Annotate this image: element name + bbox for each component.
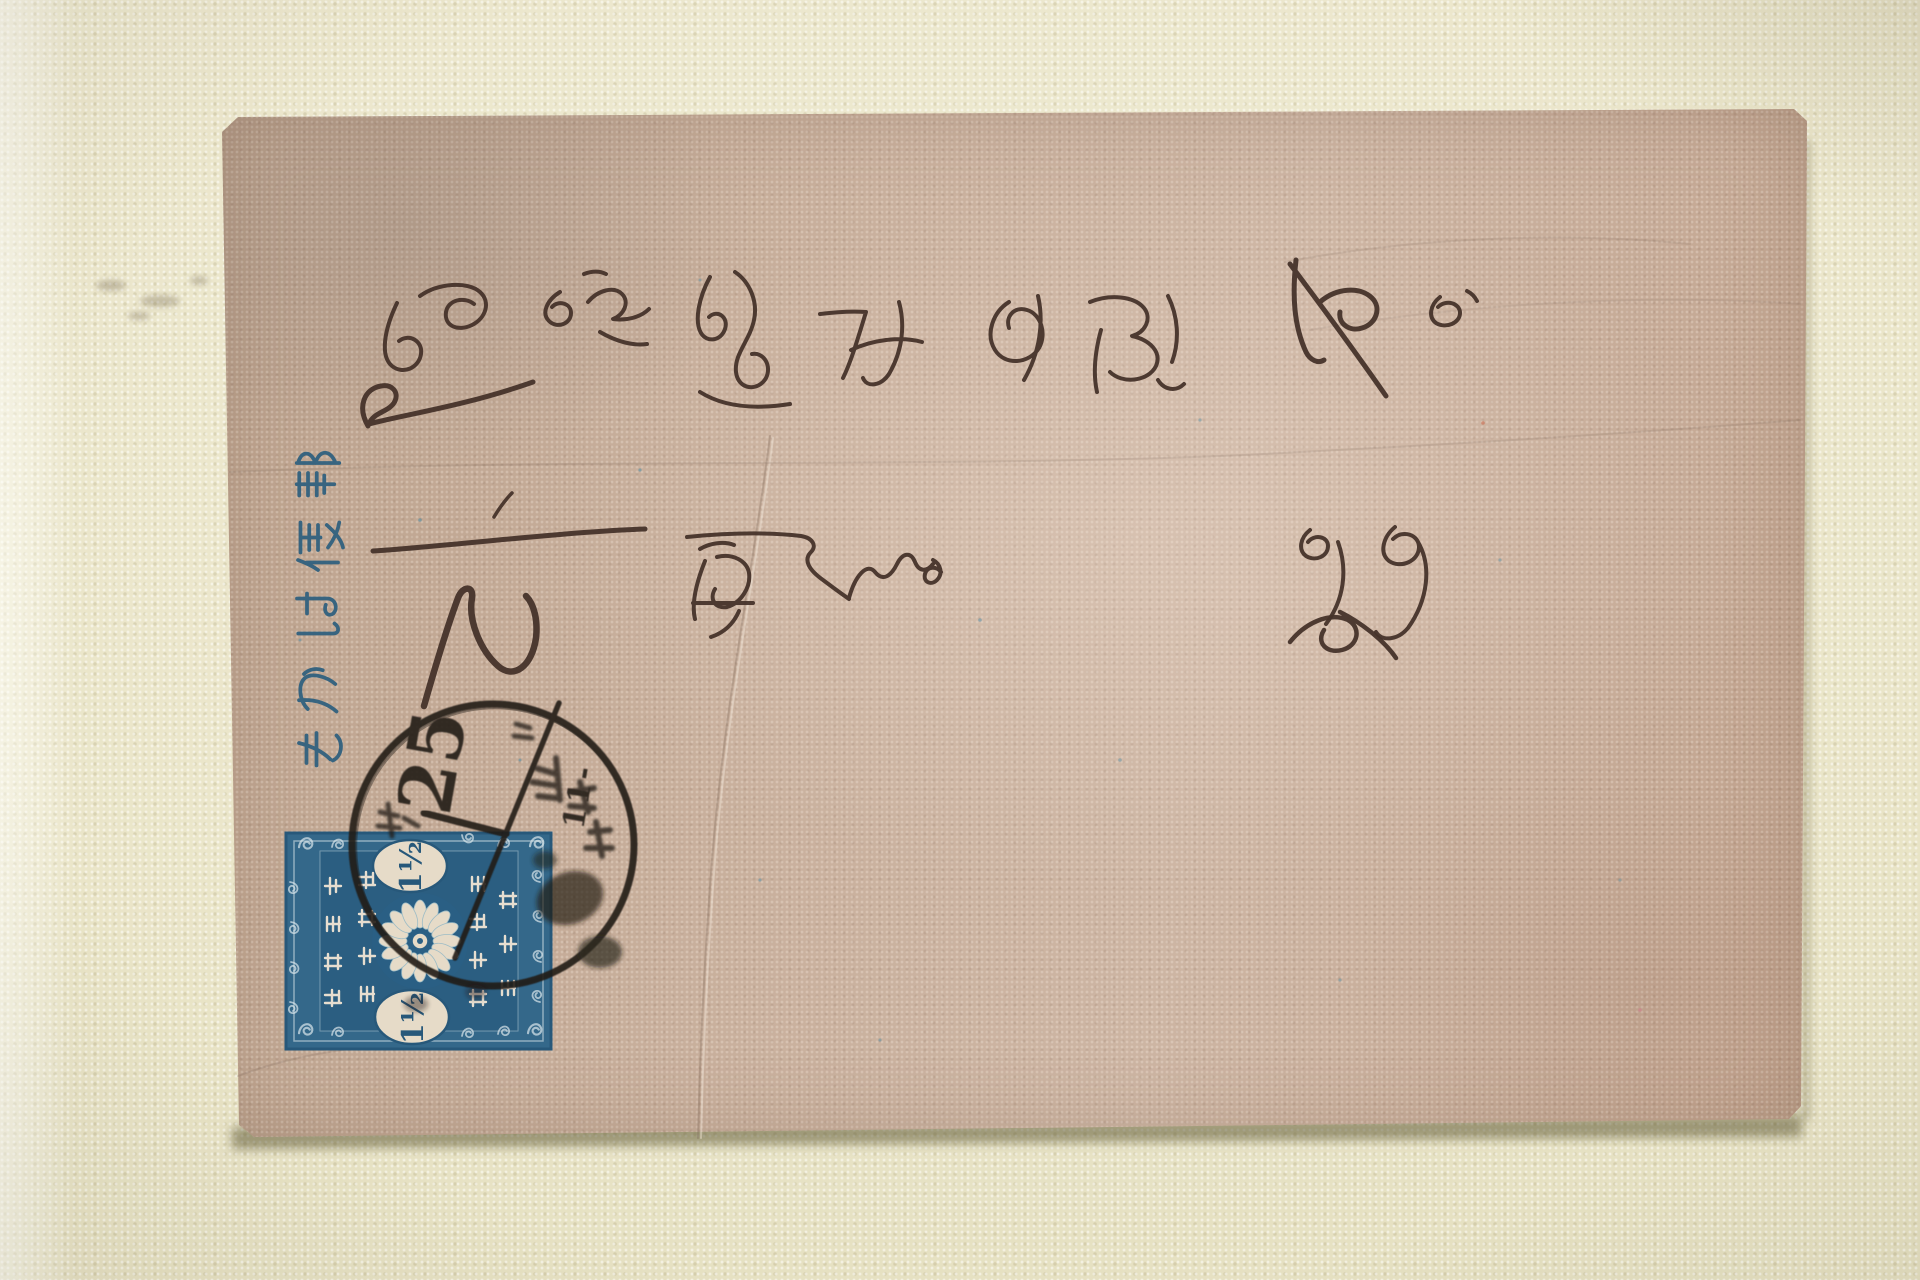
postcard-markings-layer: 1½ 1½	[0, 0, 1920, 1280]
handwriting-stroke	[363, 382, 533, 426]
handwriting-stroke	[545, 272, 649, 345]
handwriting-stroke	[1090, 296, 1184, 392]
denomination-text: 1½	[394, 841, 429, 893]
handwriting-stroke	[373, 529, 645, 551]
handwriting-stroke	[693, 543, 753, 637]
handwriting-stroke	[991, 296, 1043, 380]
handwriting-stroke	[1431, 291, 1477, 325]
printed-glyph	[297, 594, 338, 634]
handwriting-stroke	[385, 285, 486, 370]
handwriting-stroke	[1290, 260, 1386, 396]
photo-of-postcard: 1½ 1½	[0, 0, 1920, 1280]
postmark-day-number: 25	[382, 704, 485, 820]
printed-glyph	[299, 733, 341, 766]
handwriting-stroke	[698, 272, 790, 407]
handwriting-stroke	[494, 493, 512, 517]
stamp: 1½ 1½	[286, 833, 551, 1049]
printed-glyph	[299, 669, 337, 712]
denomination-oval-top: 1½	[373, 840, 447, 893]
handwriting-stroke	[820, 302, 922, 384]
handwriting-layer	[363, 260, 1477, 706]
printed-glyph	[297, 453, 340, 496]
printed-glyph	[298, 523, 343, 571]
printed-hagaki-text	[297, 453, 343, 766]
handwriting-stroke	[424, 589, 537, 706]
